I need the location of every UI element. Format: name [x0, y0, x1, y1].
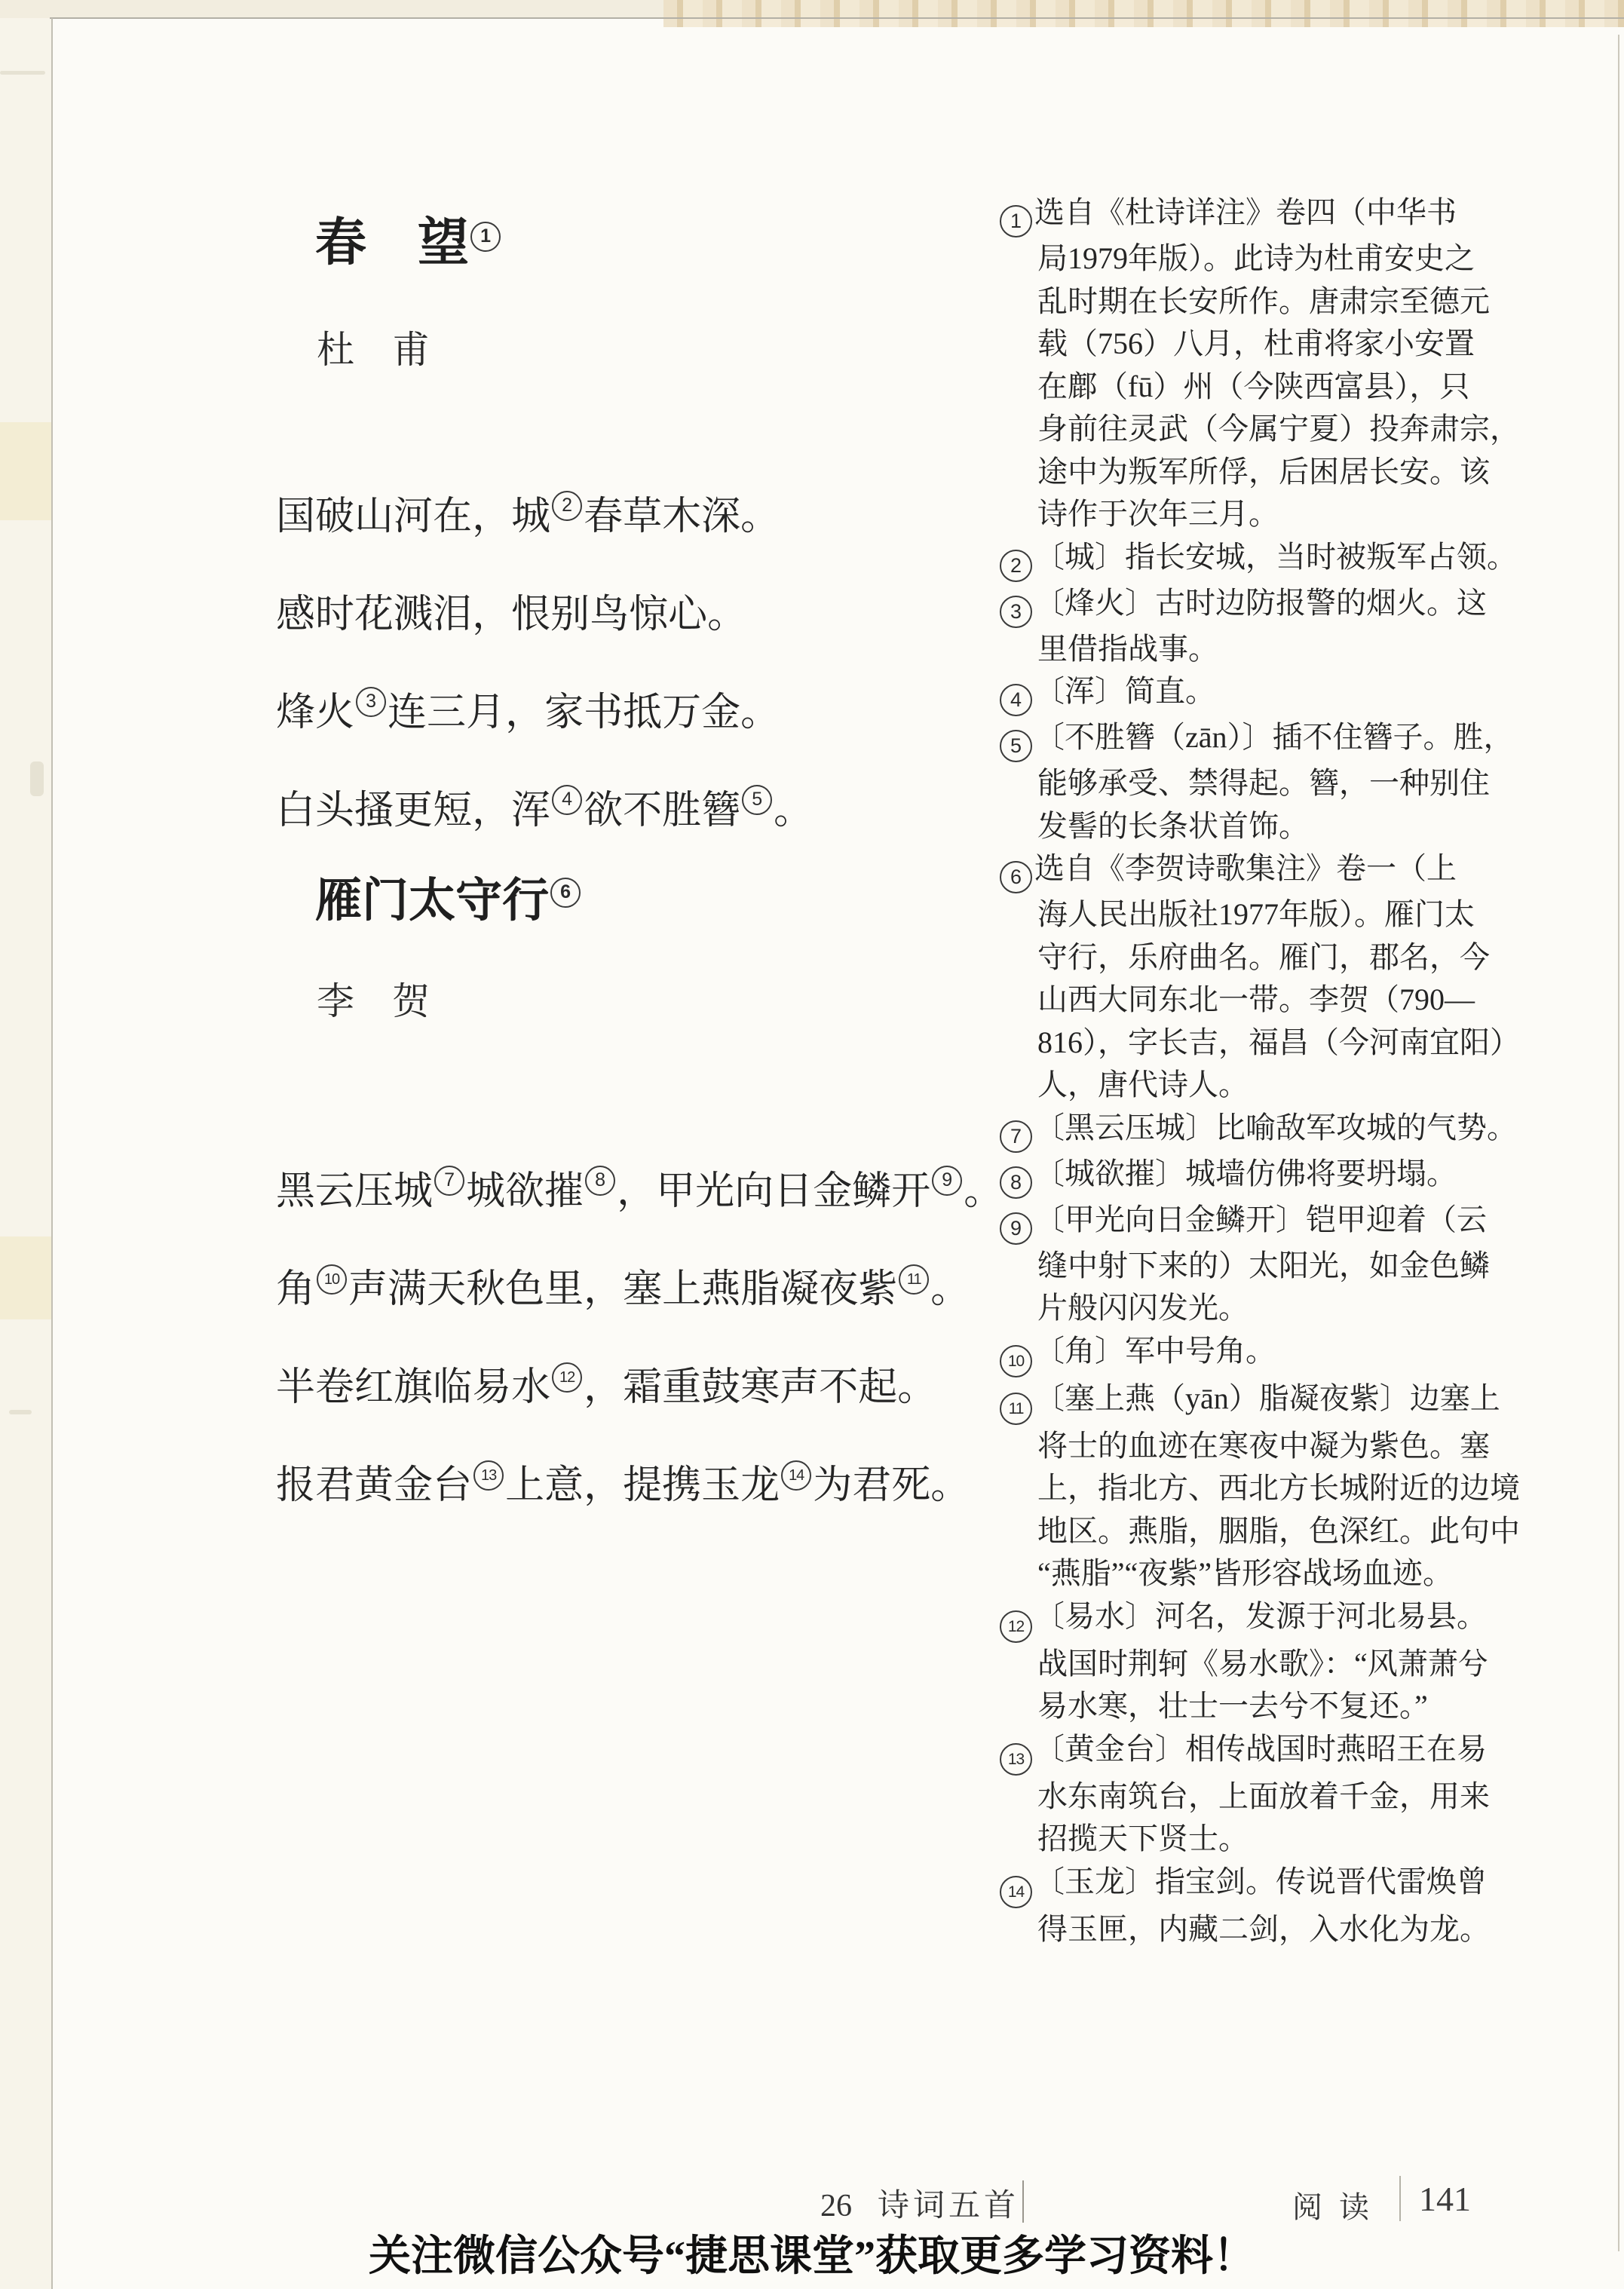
annotation-line: 7〔黑云压城〕比喻敌军攻城的气势。	[1000, 1107, 1558, 1153]
annotation-line: 人，唐代诗人。	[1000, 1064, 1558, 1107]
note-marker-6: 6	[1000, 861, 1032, 893]
poem-line: 白头搔更短，浑4欲不胜簪5。	[276, 762, 813, 860]
annotation-line: 9〔甲光向日金鳞开〕铠甲迎着（云	[1000, 1199, 1558, 1245]
note-marker-13: 13	[473, 1460, 504, 1491]
annotation-line: 身前往灵武（今属宁夏）投奔肃宗，	[1000, 408, 1558, 451]
note-marker-1: 1	[1000, 205, 1032, 237]
textbook-page: 春 望1 杜 甫 国破山河在，城2春草木深。感时花溅泪，恨别鸟惊心。烽火3连三月…	[0, 0, 1624, 2289]
poem-line: 报君黄金台13上意，提携玉龙14为君死。	[276, 1437, 1003, 1535]
annotation-line: 14〔玉龙〕指宝剑。传说晋代雷焕曾	[1000, 1861, 1558, 1908]
annotation-note-13: 13〔黄金台〕相传战国时燕昭王在易水东南筑台，上面放着千金，用来招揽天下贤士。	[1000, 1728, 1558, 1861]
note-marker-7: 7	[434, 1166, 464, 1196]
poem-author-dufu: 杜 甫	[317, 320, 430, 374]
annotation-line: 局1979年版）。此诗为杜甫安史之	[1000, 237, 1558, 280]
annotation-line: 8〔城欲摧〕城墙仿佛将要坍塌。	[1000, 1153, 1558, 1199]
annotation-note-8: 8〔城欲摧〕城墙仿佛将要坍塌。	[1000, 1153, 1558, 1199]
note-marker-12: 12	[552, 1362, 582, 1393]
scan-smudge	[0, 71, 45, 75]
annotation-line: 上，指北方、西北方长城附近的边境	[1000, 1467, 1558, 1510]
lesson-number: 26	[820, 2189, 852, 2223]
annotation-line: 山西大同东北一带。李贺（790—	[1000, 979, 1558, 1022]
annotation-line: 12〔易水〕河名，发源于河北易县。	[1000, 1595, 1558, 1643]
annotation-line: 战国时荆轲《易水歌》：“风萧萧兮	[1000, 1643, 1558, 1686]
annotation-line: 片般闪闪发光。	[1000, 1287, 1558, 1330]
note-marker-13: 13	[1000, 1743, 1032, 1776]
watermark-text: 关注微信公众号“捷思课堂”获取更多学习资料！	[369, 2223, 1255, 2283]
annotation-note-10: 10〔角〕军中号角。	[1000, 1330, 1558, 1377]
note-marker-10: 10	[1000, 1345, 1032, 1377]
annotation-line: 里借指战事。	[1000, 628, 1558, 671]
annotation-line: 缝中射下来的）太阳光，如金色鳞	[1000, 1245, 1558, 1288]
scan-top-edge-streaks	[663, 0, 1624, 27]
annotation-line: 3〔烽火〕古时边防报警的烟火。这	[1000, 582, 1558, 628]
scan-left-rule	[51, 18, 53, 2289]
section-label: 阅读	[1292, 2183, 1386, 2226]
note-marker-9: 9	[932, 1166, 962, 1196]
scan-stain	[0, 1236, 51, 1319]
footer-lesson: 26诗词五首	[820, 2180, 1019, 2226]
note-marker-3: 3	[1000, 596, 1032, 628]
note-marker-4: 4	[552, 785, 582, 815]
annotation-line: 发髻的长条状首饰。	[1000, 805, 1558, 848]
annotation-line: “燕脂”“夜紫”皆形容战场血迹。	[1000, 1552, 1558, 1595]
annotation-note-9: 9〔甲光向日金鳞开〕铠甲迎着（云缝中射下来的）太阳光，如金色鳞片般闪闪发光。	[1000, 1199, 1558, 1330]
poem-author-lihe: 李 贺	[317, 971, 430, 1025]
annotation-line: 招揽天下贤士。	[1000, 1818, 1558, 1861]
annotation-line: 途中为叛军所俘，后困居长安。该	[1000, 451, 1558, 494]
footer-divider	[1022, 2180, 1024, 2223]
note-marker-2: 2	[552, 491, 582, 521]
annotation-line: 4〔浑〕简直。	[1000, 670, 1558, 716]
poem-title-chunwang: 春 望1	[315, 202, 502, 275]
annotation-line: 10〔角〕军中号角。	[1000, 1330, 1558, 1377]
note-marker-10: 10	[317, 1264, 347, 1295]
footer-divider	[1399, 2176, 1401, 2221]
annotation-line: 6选自《李贺诗歌集注》卷一（上	[1000, 847, 1558, 893]
scan-stain	[0, 422, 51, 520]
poem-line: 角10声满天秋色里，塞上燕脂凝夜紫11。	[276, 1241, 1003, 1339]
scan-right-rule	[1618, 35, 1619, 2251]
annotation-line: 易水寒，壮士一去兮不复还。”	[1000, 1685, 1558, 1728]
annotation-line: 11〔塞上燕（yān）脂凝夜紫〕边塞上	[1000, 1377, 1558, 1425]
annotation-note-3: 3〔烽火〕古时边防报警的烟火。这里借指战事。	[1000, 582, 1558, 671]
annotation-note-2: 2〔城〕指长安城，当时被叛军占领。	[1000, 536, 1558, 582]
annotation-line: 1选自《杜诗详注》卷四（中华书	[1000, 192, 1558, 237]
scan-left-margin	[0, 18, 51, 2289]
poem-line: 感时花溅泪，恨别鸟惊心。	[276, 566, 813, 664]
annotation-note-14: 14〔玉龙〕指宝剑。传说晋代雷焕曾得玉匣，内藏二剑，入水化为龙。	[1000, 1861, 1558, 1951]
note-marker-4: 4	[1000, 684, 1032, 716]
page-number: 141	[1419, 2179, 1471, 2219]
annotation-line: 载（756）八月，杜甫将家小安置	[1000, 323, 1558, 366]
scan-smudge	[30, 761, 44, 796]
annotation-line: 地区。燕脂，胭脂，色深红。此句中	[1000, 1510, 1558, 1553]
annotation-note-7: 7〔黑云压城〕比喻敌军攻城的气势。	[1000, 1107, 1558, 1153]
annotation-line: 海人民出版社1977年版）。雁门太	[1000, 893, 1558, 936]
scan-smudge	[9, 1410, 32, 1414]
annotation-note-12: 12〔易水〕河名，发源于河北易县。战国时荆轲《易水歌》：“风萧萧兮易水寒，壮士一…	[1000, 1595, 1558, 1728]
annotation-note-1: 1选自《杜诗详注》卷四（中华书局1979年版）。此诗为杜甫安史之乱时期在长安所作…	[1000, 192, 1558, 536]
annotation-line: 在鄜（fū）州（今陕西富县），只	[1000, 366, 1558, 409]
annotation-line: 得玉匣，内藏二剑，入水化为龙。	[1000, 1908, 1558, 1951]
poem-line: 国破山河在，城2春草木深。	[276, 468, 813, 566]
note-marker-14: 14	[1000, 1876, 1032, 1908]
note-marker-1: 1	[470, 222, 501, 252]
annotation-line: 乱时期在长安所作。唐肃宗至德元	[1000, 280, 1558, 323]
annotation-note-5: 5〔不胜簪（zān）〕插不住簪子。胜，能够承受、禁得起。簪，一种别住发髻的长条状…	[1000, 716, 1558, 847]
note-marker-2: 2	[1000, 550, 1032, 582]
poem-line: 黑云压城7城欲摧8，甲光向日金鳞开9。	[276, 1143, 1003, 1241]
note-marker-8: 8	[1000, 1166, 1032, 1199]
annotation-line: 能够承受、禁得起。簪，一种别住	[1000, 762, 1558, 805]
annotation-line: 诗作于次年三月。	[1000, 493, 1558, 536]
note-marker-6: 6	[550, 878, 581, 908]
annotation-note-11: 11〔塞上燕（yān）脂凝夜紫〕边塞上将士的血迹在寒夜中凝为紫色。塞上，指北方、…	[1000, 1377, 1558, 1595]
note-marker-8: 8	[585, 1166, 615, 1196]
scan-top-rule	[50, 17, 1624, 19]
note-marker-5: 5	[1000, 730, 1032, 762]
annotation-line: 2〔城〕指长安城，当时被叛军占领。	[1000, 536, 1558, 582]
annotation-list: 1选自《杜诗详注》卷四（中华书局1979年版）。此诗为杜甫安史之乱时期在长安所作…	[1000, 192, 1558, 1950]
note-marker-11: 11	[1000, 1393, 1032, 1425]
annotation-line: 将士的血迹在寒夜中凝为紫色。塞	[1000, 1425, 1558, 1468]
note-marker-5: 5	[742, 785, 772, 815]
annotation-note-6: 6选自《李贺诗歌集注》卷一（上海人民出版社1977年版）。雁门太守行，乐府曲名。…	[1000, 847, 1558, 1107]
annotation-line: 5〔不胜簪（zān）〕插不住簪子。胜，	[1000, 716, 1558, 762]
note-marker-11: 11	[899, 1264, 929, 1295]
poem-line: 烽火3连三月，家书抵万金。	[276, 664, 813, 762]
annotation-note-4: 4〔浑〕简直。	[1000, 670, 1558, 716]
annotation-line: 水东南筑台，上面放着千金，用来	[1000, 1776, 1558, 1819]
annotation-line: 816），字长吉，福昌（今河南宜阳）	[1000, 1022, 1558, 1065]
poem-title-yanmen: 雁门太守行6	[315, 863, 582, 930]
annotation-line: 13〔黄金台〕相传战国时燕昭王在易	[1000, 1728, 1558, 1776]
poem-body-chunwang: 国破山河在，城2春草木深。感时花溅泪，恨别鸟惊心。烽火3连三月，家书抵万金。白头…	[276, 468, 813, 860]
poem-line: 半卷红旗临易水12，霜重鼓寒声不起。	[276, 1339, 1003, 1437]
note-marker-14: 14	[781, 1460, 811, 1491]
note-marker-3: 3	[356, 687, 386, 717]
poem-body-yanmen: 黑云压城7城欲摧8，甲光向日金鳞开9。角10声满天秋色里，塞上燕脂凝夜紫11。半…	[276, 1143, 1003, 1535]
lesson-title: 诗词五首	[878, 2189, 1019, 2223]
annotation-line: 守行，乐府曲名。雁门，郡名，今	[1000, 936, 1558, 979]
note-marker-9: 9	[1000, 1212, 1032, 1245]
note-marker-7: 7	[1000, 1120, 1032, 1153]
note-marker-12: 12	[1000, 1610, 1032, 1643]
